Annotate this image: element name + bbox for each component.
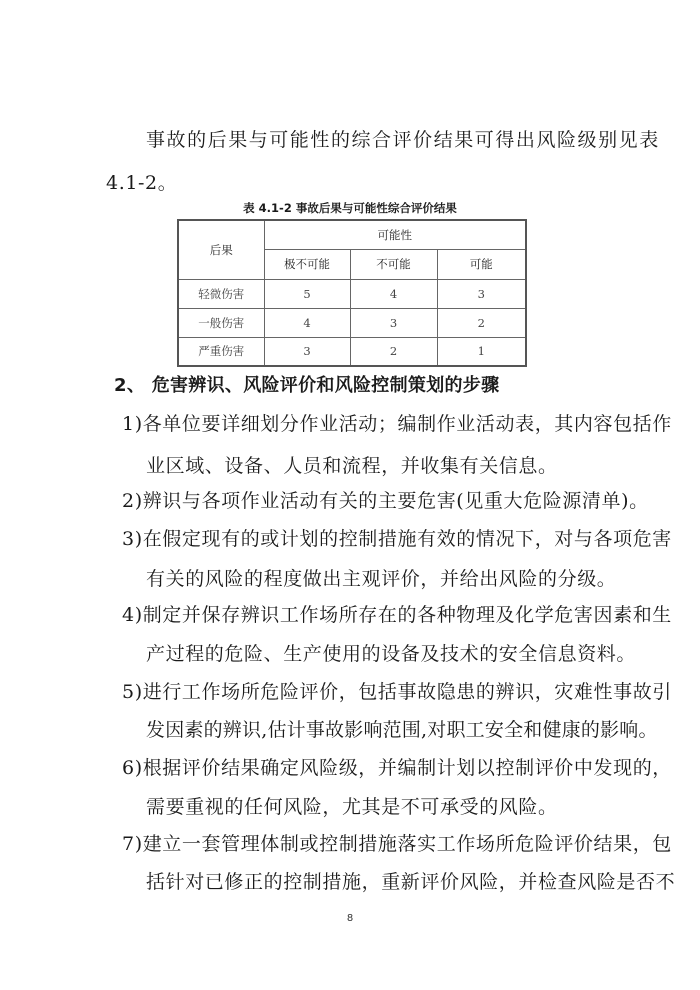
table-cell: 4: [350, 279, 437, 308]
table-cell: 1: [437, 337, 526, 366]
header-col-very-unlikely: 极不可能: [264, 249, 350, 279]
step-6-line-1: 6)根据评价结果确定风险级，并编制计划以控制评价中发现的，: [122, 756, 672, 780]
row-label: 轻微伤害: [178, 279, 264, 308]
intro-paragraph-line-2: 4.1-2。: [106, 171, 177, 195]
step-5-line-1: 5)进行工作场所危险评价，包括事故隐患的辨识，灾难性事故引: [122, 680, 672, 704]
step-7-line-1: 7)建立一套管理体制或控制措施落实工作场所危险评价结果，包: [122, 832, 672, 856]
step-4-line-2: 产过程的危险、生产使用的设备及技术的安全信息资料。: [146, 642, 636, 666]
header-consequence: 后果: [178, 220, 264, 279]
step-3-line-1: 3)在假定现有的或计划的控制措施有效的情况下，对与各项危害: [122, 527, 672, 551]
section-heading: 2、 危害辨识、风险评价和风险控制策划的步骤: [114, 374, 499, 398]
table-row: 轻微伤害 5 4 3: [178, 279, 526, 308]
table-cell: 5: [264, 279, 350, 308]
step-7-line-2: 括针对已修正的控制措施，重新评价风险，并检查风险是否不: [146, 870, 675, 894]
table-row: 严重伤害 3 2 1: [178, 337, 526, 366]
step-3-line-2: 有关的风险的程度做出主观评价，并给出风险的分级。: [146, 567, 616, 591]
row-label: 一般伤害: [178, 308, 264, 337]
step-1-line-2: 业区域、设备、人员和流程，并收集有关信息。: [146, 454, 558, 478]
step-4-line-1: 4)制定并保存辨识工作场所存在的各种物理及化学危害因素和生: [122, 603, 672, 627]
step-6-line-2: 需要重视的任何风险，尤其是不可承受的风险。: [146, 795, 558, 819]
table-cell: 2: [350, 337, 437, 366]
intro-paragraph-line-1: 事故的后果与可能性的综合评价结果可得出风险级别见表: [146, 128, 660, 152]
table-cell: 3: [264, 337, 350, 366]
table-cell: 4: [264, 308, 350, 337]
table-row: 一般伤害 4 3 2: [178, 308, 526, 337]
step-1-line-1: 1)各单位要详细划分作业活动；编制作业活动表，其内容包括作: [122, 412, 672, 436]
row-label: 严重伤害: [178, 337, 264, 366]
table-caption: 表 4.1-2 事故后果与可能性综合评价结果: [0, 200, 700, 216]
step-5-line-2: 发因素的辨识,估计事故影响范围,对职工安全和健康的影响。: [146, 718, 658, 742]
table-cell: 3: [437, 279, 526, 308]
table-header-row: 后果 可能性: [178, 220, 526, 249]
step-2-line-1: 2)辨识与各项作业活动有关的主要危害(见重大危险源清单)。: [122, 489, 649, 513]
header-likelihood: 可能性: [264, 220, 526, 249]
page-number: 8: [0, 913, 700, 924]
header-col-likely: 可能: [437, 249, 526, 279]
table-cell: 2: [437, 308, 526, 337]
header-col-unlikely: 不可能: [350, 249, 437, 279]
table-cell: 3: [350, 308, 437, 337]
risk-evaluation-table: 后果 可能性 极不可能 不可能 可能 轻微伤害 5 4 3 一般伤害 4 3 2…: [177, 219, 527, 367]
